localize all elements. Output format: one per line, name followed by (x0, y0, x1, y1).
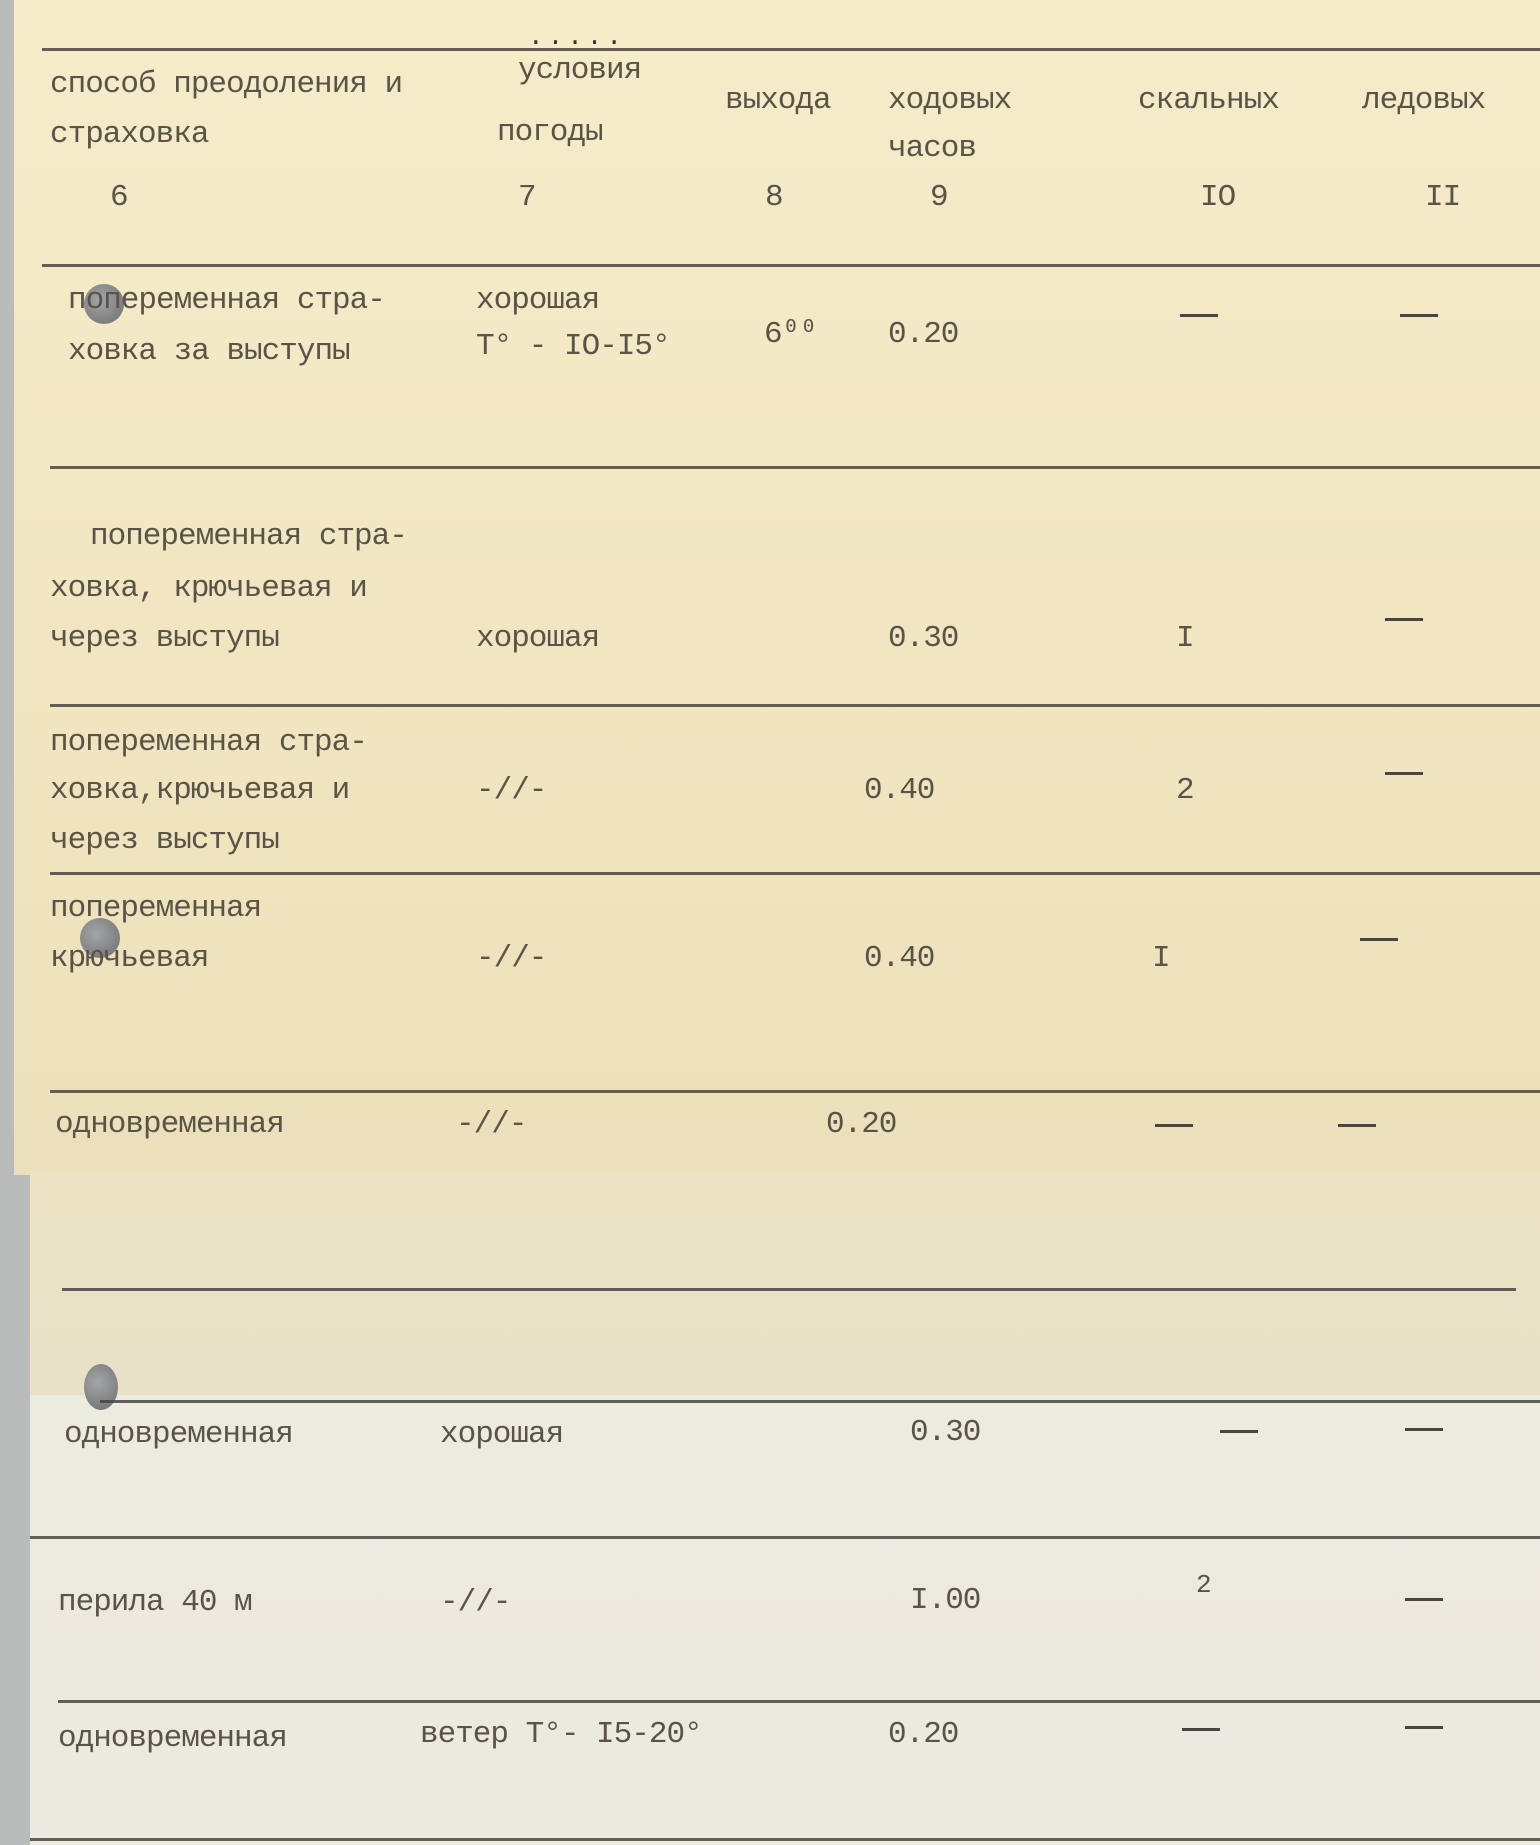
rock-value: I (1176, 614, 1194, 664)
paper-sheet-middle (30, 1170, 1540, 1400)
ice-dash (1405, 1428, 1443, 1431)
row-separator (50, 1090, 1540, 1093)
row-separator (30, 1838, 1540, 1841)
hours-value: 0.40 (864, 766, 934, 816)
rock-value: 2 (1196, 1560, 1211, 1610)
row-separator (62, 1288, 1516, 1291)
method-line: ховка, крючьевая и (50, 564, 367, 614)
header-col11-line1: ледовых (1362, 76, 1485, 126)
header-col6-number: 6 (110, 173, 128, 223)
rock-dash (1182, 1728, 1220, 1731)
method-line: через выступы (50, 816, 279, 866)
weather-line: -//- (456, 1100, 526, 1150)
hours-value: 0.30 (910, 1408, 980, 1458)
weather-line: -//- (440, 1578, 510, 1628)
weather-line: -//- (476, 766, 546, 816)
hours-value: I.00 (910, 1576, 980, 1626)
row-separator (30, 1536, 1540, 1539)
header-col9-line1: ходовых (888, 76, 1011, 126)
method-line: через выступы (50, 614, 279, 664)
paper-sheet-bottom (30, 1395, 1540, 1845)
ice-dash (1405, 1598, 1443, 1601)
header-col6-line1: способ преодоления и (50, 60, 402, 110)
header-col8-line1: выхода (725, 76, 831, 126)
weather-line: хорошая (440, 1410, 563, 1460)
header-col11-number: II (1425, 173, 1460, 223)
hours-value: 0.30 (888, 614, 958, 664)
ice-dash (1405, 1726, 1443, 1729)
weather-line: -//- (476, 934, 546, 984)
weather-line: T° - IO-I5° (476, 322, 670, 372)
header-top-rule (42, 48, 1540, 51)
header-bottom-rule (42, 264, 1540, 267)
header-col7-number: 7 (518, 173, 536, 223)
rock-dash (1220, 1430, 1258, 1433)
hours-value: 0.20 (888, 1710, 958, 1760)
method-line: попеременная стра- (68, 276, 385, 326)
method-line: ховка,крючьевая и (50, 766, 349, 816)
method-line: перила 40 м (58, 1578, 252, 1628)
row-separator (50, 872, 1540, 875)
header-col6-line2: страховка (50, 110, 208, 160)
rock-dash (1155, 1124, 1193, 1127)
ice-dash (1338, 1124, 1376, 1127)
method-line: попеременная стра- (90, 512, 407, 562)
rock-value: 2 (1176, 766, 1194, 816)
method-line: одновременная (55, 1100, 284, 1150)
rock-dash (1180, 314, 1218, 317)
weather-line: хорошая (476, 276, 599, 326)
method-line: одновременная (58, 1714, 287, 1764)
header-col10-number: IO (1200, 173, 1235, 223)
hours-value: 0.20 (826, 1100, 896, 1150)
header-col8-number: 8 (765, 173, 783, 223)
ice-dash (1385, 772, 1423, 775)
header-col7-line2: погоды (497, 108, 603, 158)
method-line: ховка за выступы (68, 327, 350, 377)
weather-line: ветер T°- I5-20° (420, 1710, 702, 1760)
ice-dash (1400, 314, 1438, 317)
punch-hole (84, 1364, 118, 1410)
row-separator (100, 1400, 1540, 1403)
header-col9-number: 9 (930, 173, 948, 223)
ice-dash (1385, 618, 1423, 621)
weather-line: хорошая (476, 614, 599, 664)
method-line: одновременная (64, 1410, 293, 1460)
header-col7-line1: условия (518, 46, 641, 96)
header-col10-line1: скальных (1138, 76, 1279, 126)
method-line: крючьевая (50, 934, 208, 984)
hours-value: 0.20 (888, 310, 958, 360)
method-line: попеременная (50, 884, 261, 934)
row-separator (50, 704, 1540, 707)
row-separator (58, 1700, 1540, 1703)
method-line: попеременная стра- (50, 718, 367, 768)
header-col9-line2: часов (888, 124, 976, 174)
rock-value: I (1152, 934, 1170, 984)
hours-value: 0.40 (864, 934, 934, 984)
ice-dash (1360, 938, 1398, 941)
row-separator (50, 466, 1540, 469)
exit-time: 6⁰⁰ (764, 310, 817, 360)
